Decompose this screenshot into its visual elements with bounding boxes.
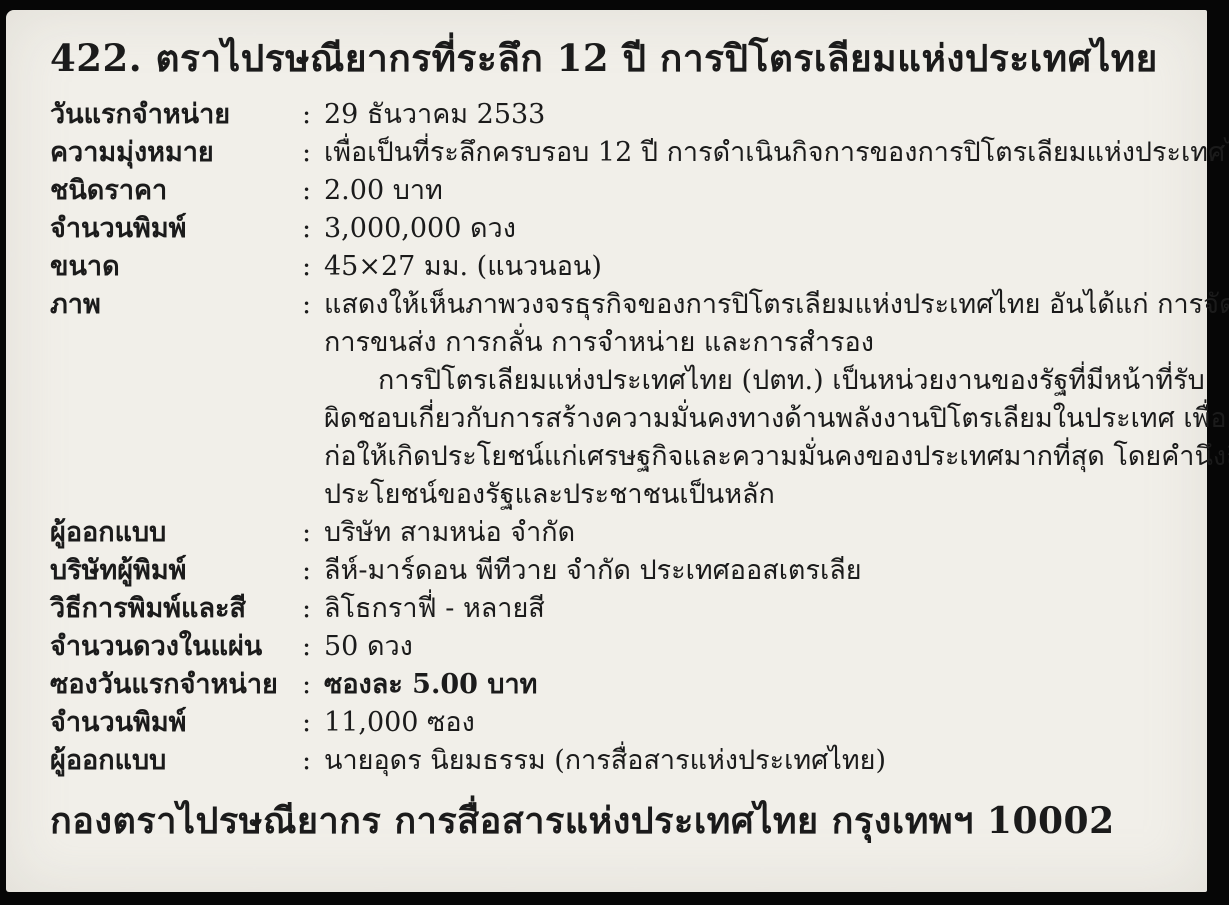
paragraph-line: การปิโตรเลียมแห่งประเทศไทย (ปตท.) เป็นหน…	[324, 362, 1229, 400]
paragraph-line: ก่อให้เกิดประโยชน์แก่เศรษฐกิจและความมั่น…	[324, 438, 1229, 476]
spec-value: 50 ดวง	[324, 628, 1191, 666]
spec-row-cover-designer: ผู้ออกแบบ : นายอุดร นิยมธรรม (การสื่อสาร…	[50, 742, 1191, 780]
spec-label: จำนวนพิมพ์	[50, 210, 302, 248]
page-title: 422. ตราไปรษณียากรที่ระลึก 12 ปี การปิโต…	[50, 34, 1191, 82]
spec-colon: :	[302, 552, 324, 590]
spec-row-first-day-of-issue: วันแรกจำหน่าย : 29 ธันวาคม 2533	[50, 96, 1191, 134]
stamp-spec-table: วันแรกจำหน่าย : 29 ธันวาคม 2533 ความมุ่ง…	[50, 96, 1191, 780]
spec-row-denomination: ชนิดราคา : 2.00 บาท	[50, 172, 1191, 210]
spec-label: บริษัทผู้พิมพ์	[50, 552, 302, 590]
spec-value: เพื่อเป็นที่ระลึกครบรอบ 12 ปี การดำเนินก…	[324, 134, 1229, 172]
spec-value: 45×27 มม. (แนวนอน)	[324, 248, 1191, 286]
spec-value: ลิโธกราฟี่ - หลายสี	[324, 590, 1191, 628]
spec-value: บริษัท สามหน่อ จำกัด	[324, 514, 1191, 552]
spec-value: 29 ธันวาคม 2533	[324, 96, 1191, 134]
paragraph-line: การขนส่ง การกลั่น การจำหน่าย และการสำรอง	[324, 324, 1229, 362]
document-page: 422. ตราไปรษณียากรที่ระลึก 12 ปี การปิโต…	[6, 10, 1207, 892]
spec-colon: :	[302, 590, 324, 628]
spec-row-stamps-per-sheet: จำนวนดวงในแผ่น : 50 ดวง	[50, 628, 1191, 666]
paragraph-line: ผิดชอบเกี่ยวกับการสร้างความมั่นคงทางด้าน…	[324, 400, 1229, 438]
spec-label: ซองวันแรกจำหน่าย	[50, 666, 302, 704]
spec-colon: :	[302, 248, 324, 286]
spec-colon: :	[302, 514, 324, 552]
spec-colon: :	[302, 286, 324, 324]
spec-value: ลีห์-มาร์ดอน พีทีวาย จำกัด ประเทศออสเตรเ…	[324, 552, 1191, 590]
spec-row-first-day-cover-price: ซองวันแรกจำหน่าย : ซองละ 5.00 บาท	[50, 666, 1191, 704]
spec-colon: :	[302, 742, 324, 780]
paragraph-line: ประโยชน์ของรัฐและประชาชนเป็นหลัก	[324, 476, 1229, 514]
spec-row-size: ขนาด : 45×27 มม. (แนวนอน)	[50, 248, 1191, 286]
issuing-office-footer: กองตราไปรษณียากร การสื่อสารแห่งประเทศไทย…	[50, 792, 1191, 849]
spec-row-purpose: ความมุ่งหมาย : เพื่อเป็นที่ระลึกครบรอบ 1…	[50, 134, 1191, 172]
spec-colon: :	[302, 134, 324, 172]
spec-label: วิธีการพิมพ์และสี	[50, 590, 302, 628]
paragraph-line: แสดงให้เห็นภาพวงจรธุรกิจของการปิโตรเลียม…	[324, 286, 1229, 324]
spec-label: จำนวนดวงในแผ่น	[50, 628, 302, 666]
spec-colon: :	[302, 210, 324, 248]
spec-value: 11,000 ซอง	[324, 704, 1191, 742]
spec-row-quantity-printed: จำนวนพิมพ์ : 3,000,000 ดวง	[50, 210, 1191, 248]
spec-colon: :	[302, 704, 324, 742]
spec-colon: :	[302, 666, 324, 704]
spec-value: 3,000,000 ดวง	[324, 210, 1191, 248]
spec-label: ผู้ออกแบบ	[50, 742, 302, 780]
spec-colon: :	[302, 96, 324, 134]
spec-row-printing-process: วิธีการพิมพ์และสี : ลิโธกราฟี่ - หลายสี	[50, 590, 1191, 628]
spec-row-printer: บริษัทผู้พิมพ์ : ลีห์-มาร์ดอน พีทีวาย จำ…	[50, 552, 1191, 590]
design-description-paragraph: แสดงให้เห็นภาพวงจรธุรกิจของการปิโตรเลียม…	[324, 286, 1229, 514]
spec-colon: :	[302, 628, 324, 666]
spec-label: ความมุ่งหมาย	[50, 134, 302, 172]
spec-value: นายอุดร นิยมธรรม (การสื่อสารแห่งประเทศไท…	[324, 742, 1191, 780]
spec-row-stamp-designer: ผู้ออกแบบ : บริษัท สามหน่อ จำกัด	[50, 514, 1191, 552]
spec-label: ขนาด	[50, 248, 302, 286]
spec-row-covers-printed: จำนวนพิมพ์ : 11,000 ซอง	[50, 704, 1191, 742]
spec-value: ซองละ 5.00 บาท	[324, 666, 1191, 704]
spec-label: วันแรกจำหน่าย	[50, 96, 302, 134]
spec-value: 2.00 บาท	[324, 172, 1191, 210]
spec-label: ภาพ	[50, 286, 302, 324]
spec-colon: :	[302, 172, 324, 210]
spec-label: จำนวนพิมพ์	[50, 704, 302, 742]
spec-row-design-description: ภาพ : แสดงให้เห็นภาพวงจรธุรกิจของการปิโต…	[50, 286, 1191, 514]
spec-label: ผู้ออกแบบ	[50, 514, 302, 552]
spec-label: ชนิดราคา	[50, 172, 302, 210]
